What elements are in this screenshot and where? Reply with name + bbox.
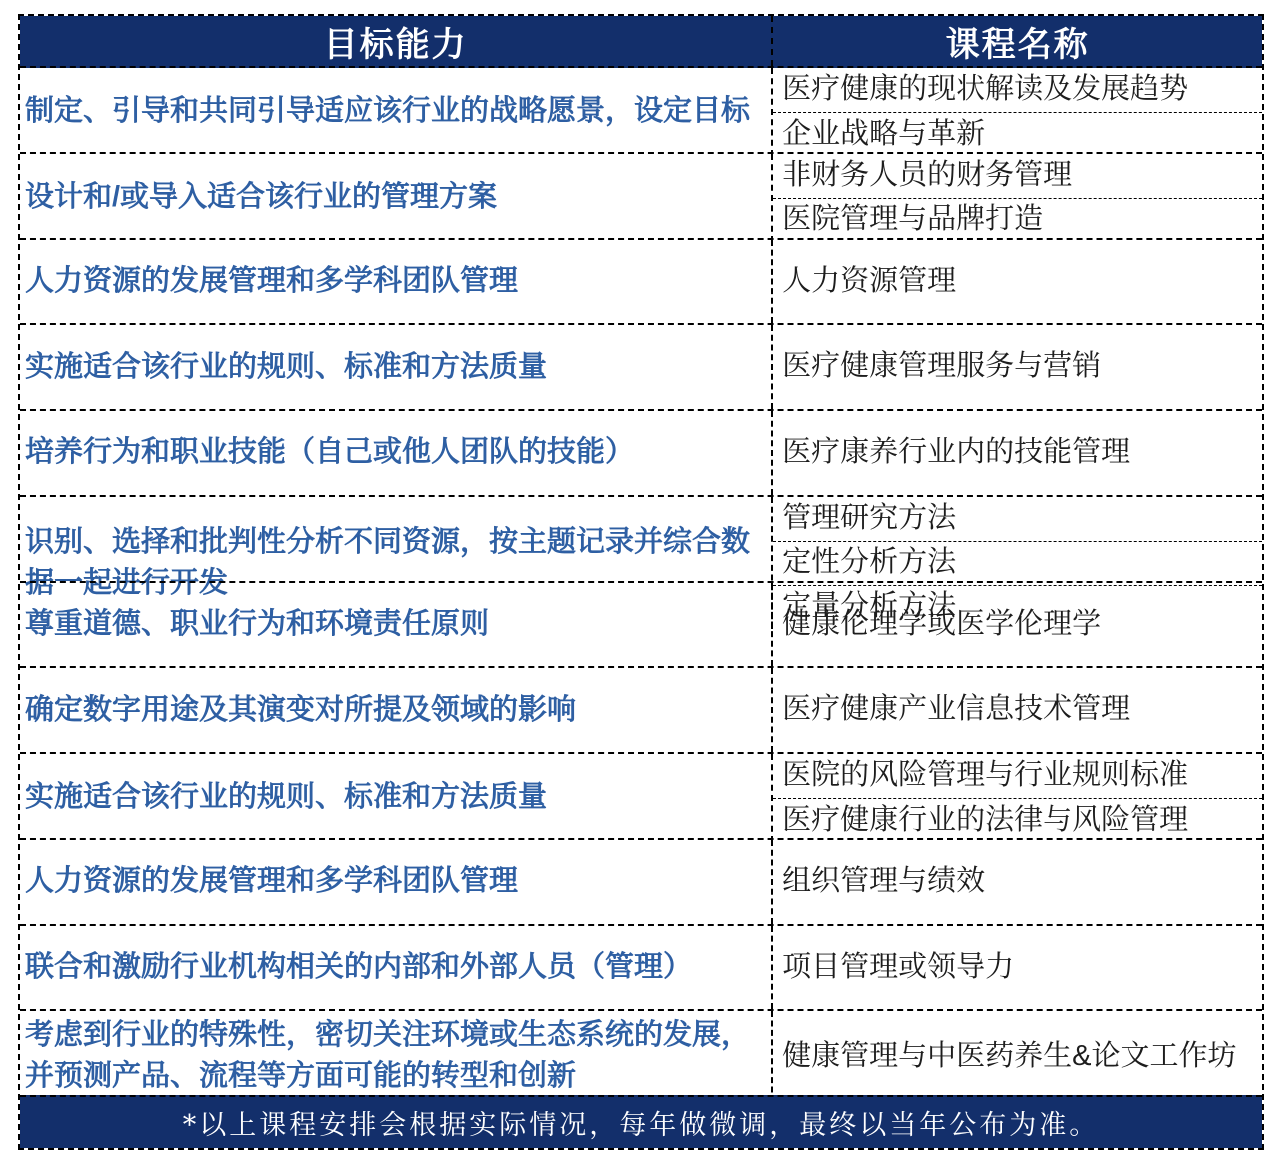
course-list: 健康伦理学或医学伦理学 (773, 583, 1262, 667)
table-row: 培养行为和职业技能（自己或他人团队的技能）医疗康养行业内的技能管理 (20, 409, 1262, 495)
table-body: 制定、引导和共同引导适应该行业的战略愿景，设定目标医疗健康的现状解读及发展趋势企… (20, 68, 1262, 1095)
course-list: 医院的风险管理与行业规则标准医疗健康行业的法律与风险管理 (773, 754, 1262, 842)
course-cell: 健康伦理学或医学伦理学 (773, 583, 1262, 667)
course-cell: 医疗健康的现状解读及发展趋势 (773, 68, 1262, 112)
table-row: 设计和/或导入适合该行业的管理方案非财务人员的财务管理医院管理与品牌打造 (20, 152, 1262, 238)
table-row: 人力资源的发展管理和多学科团队管理人力资源管理 (20, 238, 1262, 324)
table-row: 制定、引导和共同引导适应该行业的战略愿景，设定目标医疗健康的现状解读及发展趋势企… (20, 68, 1262, 152)
table-row: 确定数字用途及其演变对所提及领域的影响医疗健康产业信息技术管理 (20, 666, 1262, 752)
capability-cell: 尊重道德、职业行为和环境责任原则 (20, 583, 773, 667)
capability-cell: 设计和/或导入适合该行业的管理方案 (20, 154, 773, 242)
course-cell: 医疗健康产业信息技术管理 (773, 668, 1262, 752)
course-cell: 医院管理与品牌打造 (773, 198, 1262, 242)
table-row: 尊重道德、职业行为和环境责任原则健康伦理学或医学伦理学 (20, 581, 1262, 667)
course-cell: 人力资源管理 (773, 240, 1262, 324)
course-list: 人力资源管理 (773, 240, 1262, 324)
course-list: 医疗健康管理服务与营销 (773, 325, 1262, 409)
capability-cell: 确定数字用途及其演变对所提及领域的影响 (20, 668, 773, 752)
header-course: 课程名称 (773, 16, 1262, 66)
capability-cell: 培养行为和职业技能（自己或他人团队的技能） (20, 411, 773, 495)
footnote-bar: *以上课程安排会根据实际情况，每年做微调，最终以当年公布为准。 (20, 1095, 1262, 1148)
course-list: 组织管理与绩效 (773, 840, 1262, 924)
capability-cell: 考虑到行业的特殊性，密切关注环境或生态系统的发展，并预测产品、流程等方面可能的转… (20, 1011, 773, 1101)
table-row: 联合和激励行业机构相关的内部和外部人员（管理）项目管理或领导力 (20, 924, 1262, 1010)
course-cell: 医院的风险管理与行业规则标准 (773, 754, 1262, 798)
course-cell: 定性分析方法 (773, 541, 1262, 585)
capability-cell: 实施适合该行业的规则、标准和方法质量 (20, 325, 773, 409)
course-list: 非财务人员的财务管理医院管理与品牌打造 (773, 154, 1262, 242)
course-list: 医疗健康的现状解读及发展趋势企业战略与革新 (773, 68, 1262, 156)
course-cell: 医疗健康管理服务与营销 (773, 325, 1262, 409)
course-list: 医疗康养行业内的技能管理 (773, 411, 1262, 495)
header-capability: 目标能力 (20, 16, 773, 66)
course-cell: 组织管理与绩效 (773, 840, 1262, 924)
course-cell: 健康管理与中医药养生&论文工作坊 (773, 1011, 1262, 1101)
course-cell: 非财务人员的财务管理 (773, 154, 1262, 198)
course-list: 医疗健康产业信息技术管理 (773, 668, 1262, 752)
table-row: 考虑到行业的特殊性，密切关注环境或生态系统的发展，并预测产品、流程等方面可能的转… (20, 1009, 1262, 1095)
footnote-text: *以上课程安排会根据实际情况，每年做微调，最终以当年公布为准。 (183, 1103, 1100, 1142)
table-row: 人力资源的发展管理和多学科团队管理组织管理与绩效 (20, 838, 1262, 924)
course-cell: 项目管理或领导力 (773, 926, 1262, 1010)
capability-cell: 实施适合该行业的规则、标准和方法质量 (20, 754, 773, 842)
course-list: 健康管理与中医药养生&论文工作坊 (773, 1011, 1262, 1101)
table-row: 实施适合该行业的规则、标准和方法质量医疗健康管理服务与营销 (20, 323, 1262, 409)
table-row: 识别、选择和批判性分析不同资源，按主题记录并综合数据一起进行开发管理研究方法定性… (20, 495, 1262, 581)
course-cell: 医疗健康行业的法律与风险管理 (773, 798, 1262, 842)
capability-cell: 联合和激励行业机构相关的内部和外部人员（管理） (20, 926, 773, 1010)
capability-cell: 制定、引导和共同引导适应该行业的战略愿景，设定目标 (20, 68, 773, 156)
capability-cell: 人力资源的发展管理和多学科团队管理 (20, 840, 773, 924)
course-cell: 企业战略与革新 (773, 112, 1262, 156)
capability-cell: 人力资源的发展管理和多学科团队管理 (20, 240, 773, 324)
course-table: 目标能力 课程名称 制定、引导和共同引导适应该行业的战略愿景，设定目标医疗健康的… (18, 14, 1264, 1150)
table-row: 实施适合该行业的规则、标准和方法质量医院的风险管理与行业规则标准医疗健康行业的法… (20, 752, 1262, 838)
course-cell: 管理研究方法 (773, 497, 1262, 541)
table-header-row: 目标能力 课程名称 (20, 16, 1262, 68)
course-list: 项目管理或领导力 (773, 926, 1262, 1010)
course-cell: 医疗康养行业内的技能管理 (773, 411, 1262, 495)
